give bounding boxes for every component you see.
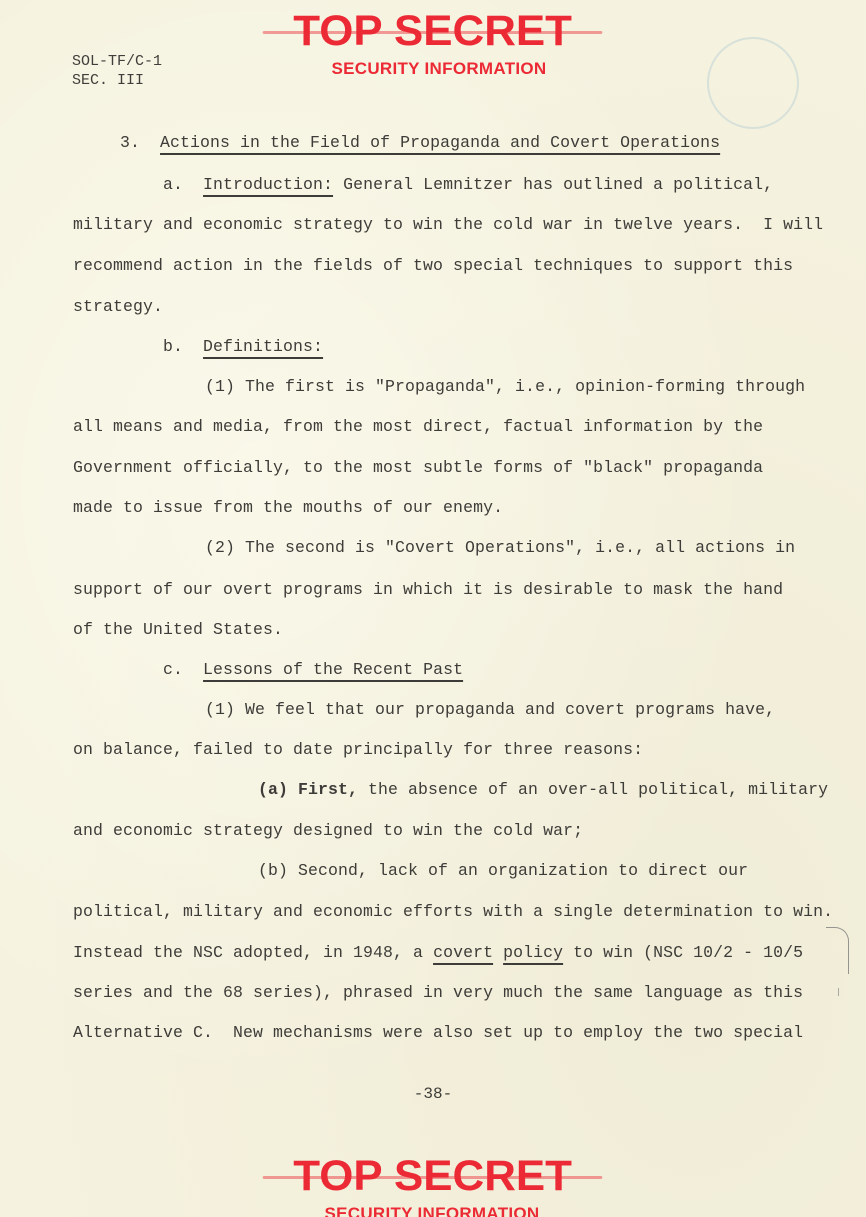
classification-title: TOP SECRET [294, 10, 573, 53]
paragraph-a-title: Introduction: [203, 175, 333, 194]
definition-2-line-2: support of our overt programs in which i… [73, 580, 783, 600]
document-reference: SOL-TF/C-1 SEC. III [72, 52, 162, 90]
reason-b-line-3: Instead the NSC adopted, in 1948, a cove… [73, 943, 803, 963]
paragraph-a-line-1: a. Introduction: General Lemnitzer has o… [163, 175, 773, 195]
underlined-policy: policy [503, 943, 563, 962]
section-heading: 3. Actions in the Field of Propaganda an… [120, 133, 720, 153]
classification-title: TOP SECRET [294, 1155, 573, 1198]
paragraph-b-title: Definitions: [203, 337, 323, 356]
reference-section: SEC. III [72, 71, 162, 90]
paragraph-a-line-3: recommend action in the fields of two sp… [73, 256, 793, 276]
reason-b-line-1: (b) Second, lack of an organization to d… [258, 861, 748, 881]
bottom-classification-stamp: TOP SECRET SECURITY INFORMATION [0, 1155, 866, 1217]
reason-b-line-4: series and the 68 series), phrased in ve… [73, 983, 803, 1003]
lesson-1-line-1: (1) We feel that our propaganda and cove… [205, 700, 775, 720]
paragraph-b-heading: b. Definitions: [163, 337, 323, 357]
paragraph-a-line-2: military and economic strategy to win th… [73, 215, 823, 235]
definition-1-line-3: Government officially, to the most subtl… [73, 458, 763, 478]
definition-1-line-2: all means and media, from the most direc… [73, 417, 763, 437]
paragraph-c-heading: c. Lessons of the Recent Past [163, 660, 463, 680]
classification-subtitle: SECURITY INFORMATION [0, 1204, 866, 1217]
reference-code: SOL-TF/C-1 [72, 52, 162, 71]
reason-b-line-5: Alternative C. New mechanisms were also … [73, 1023, 803, 1043]
faded-receipt-stamp [707, 37, 799, 129]
definition-2-line-3: of the United States. [73, 620, 283, 640]
section-title: Actions in the Field of Propaganda and C… [160, 133, 720, 152]
reason-a-line-2: and economic strategy designed to win th… [73, 821, 583, 841]
paragraph-a-line-4: strategy. [73, 297, 163, 317]
pencil-tick-mark [838, 988, 839, 996]
underlined-covert: covert [433, 943, 493, 962]
paragraph-c-title: Lessons of the Recent Past [203, 660, 463, 679]
pencil-margin-mark [826, 927, 849, 974]
definition-1-line-4: made to issue from the mouths of our ene… [73, 498, 503, 518]
page-number: -38- [0, 1085, 866, 1103]
reason-b-line-2: political, military and economic efforts… [73, 902, 833, 922]
lesson-1-line-2: on balance, failed to date principally f… [73, 740, 643, 760]
reason-a-line-1: (a) First, the absence of an over-all po… [258, 780, 828, 800]
section-number: 3. [120, 133, 140, 152]
definition-2-line-1: (2) The second is "Covert Operations", i… [205, 538, 795, 558]
definition-1-line-1: (1) The first is "Propaganda", i.e., opi… [205, 377, 805, 397]
